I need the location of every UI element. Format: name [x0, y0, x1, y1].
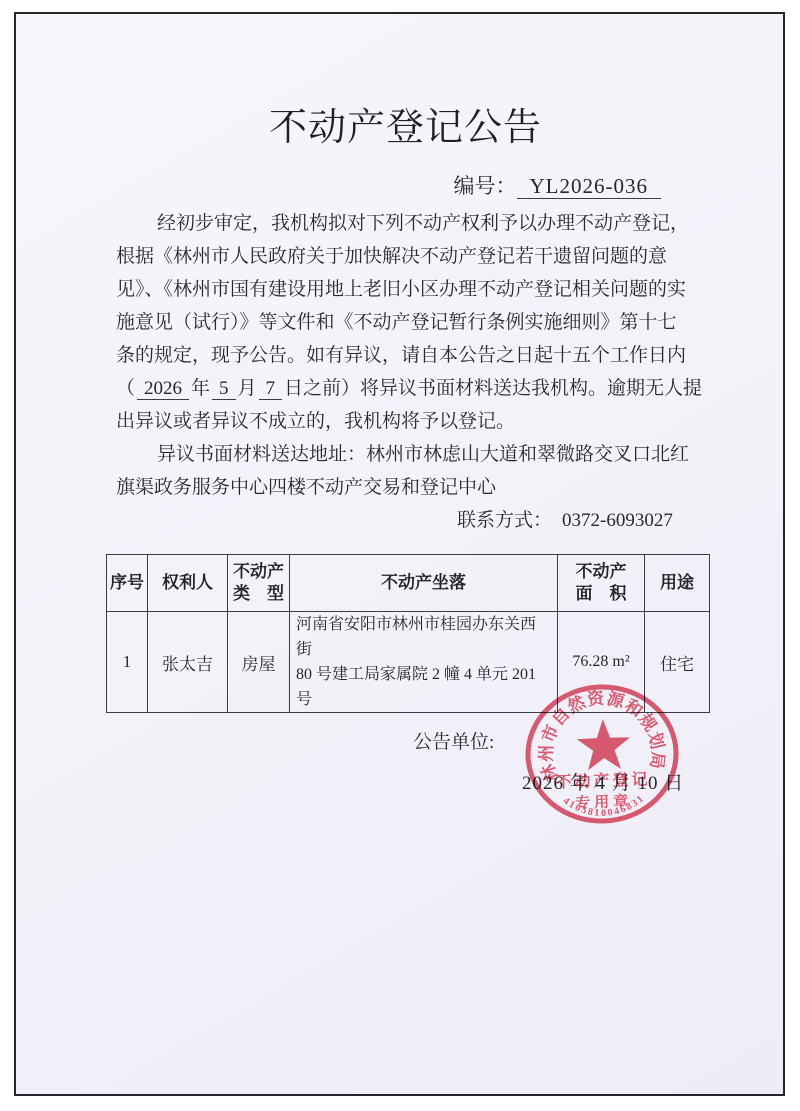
body-line-1: 经初步审定，我机构拟对下列不动产权利予以办理不动产登记， [116, 207, 694, 240]
table-row: 1 张太吉 房屋 河南省安阳市林州市桂园办东关西街 80 号建工局家属院 2 幢… [107, 612, 710, 713]
body-line-8: 异议书面材料送达地址：林州市林虑山大道和翠微路交叉口北红 [116, 438, 694, 471]
cell-type: 房屋 [228, 612, 290, 713]
doc-number: 编号：YL2026-036 [454, 171, 662, 201]
contact-line: 联系方式：0372-6093027 [116, 504, 694, 537]
contact-label: 联系方式： [457, 510, 552, 531]
cell-use: 住宅 [645, 612, 710, 713]
deadline-year-unit: 年 [191, 378, 210, 399]
body-line-2: 根据《林州市人民政府关于加快解决不动产登记若干遗留问题的意 [116, 240, 694, 273]
body-line-deadline: （2026年5月7日之前）将异议书面材料送达我机构。逾期无人提 [116, 372, 694, 405]
header-location: 不动产坐落 [290, 555, 558, 612]
deadline-month: 5 [212, 378, 236, 400]
body-line-7: 出异议或者异议不成立的，我机构将予以登记。 [116, 405, 694, 438]
page-title: 不动产登记公告 [16, 102, 783, 154]
deadline-year: 2026 [137, 378, 189, 400]
body-line-4: 施意见（试行）》等文件和《不动产登记暂行条例实施细则》第十七 [116, 306, 694, 339]
cell-seq: 1 [107, 612, 148, 713]
star-icon [576, 718, 631, 771]
table-header-row: 序号 权利人 不动产 类 型 不动产坐落 不动产 面 积 用途 [107, 555, 710, 612]
body-line-9: 旗渠政务服务中心四楼不动产交易和登记中心 [116, 471, 694, 504]
header-type: 不动产 类 型 [228, 555, 290, 612]
body-line-3: 见》、《林州市国有建设用地上老旧小区办理不动产登记相关问题的实 [116, 273, 694, 306]
header-holder: 权利人 [148, 555, 228, 612]
cell-area: 76.28 m² [558, 612, 645, 713]
doc-number-value: YL2026-036 [517, 174, 662, 199]
announcement-date: 2026 年 4 月 10 日 [522, 771, 684, 797]
announcement-body: 经初步审定，我机构拟对下列不动产权利予以办理不动产登记， 根据《林州市人民政府关… [116, 207, 694, 537]
deadline-day: 7 [259, 378, 283, 400]
registration-table: 序号 权利人 不动产 类 型 不动产坐落 不动产 面 积 用途 1 张太吉 房屋 [106, 554, 710, 713]
cell-location: 河南省安阳市林州市桂园办东关西街 80 号建工局家属院 2 幢 4 单元 201… [290, 612, 558, 713]
header-use: 用途 [645, 555, 710, 612]
scanned-page: 不动产登记公告 编号：YL2026-036 经初步审定，我机构拟对下列不动产权利… [14, 12, 785, 1096]
doc-number-label: 编号： [454, 174, 517, 198]
deadline-month-unit: 月 [238, 378, 257, 399]
cell-holder: 张太吉 [148, 612, 228, 713]
announcing-unit-label: 公告单位: [413, 730, 494, 756]
deadline-rest: 日之前）将异议书面材料送达我机构。逾期无人提 [284, 378, 702, 399]
deadline-open: （ [116, 378, 135, 399]
contact-value: 0372-6093027 [562, 510, 673, 531]
body-line-5: 条的规定，现予公告。如有异议，请自本公告之日起十五个工作日内 [116, 339, 694, 372]
header-seq: 序号 [107, 555, 148, 612]
header-area: 不动产 面 积 [558, 555, 645, 612]
